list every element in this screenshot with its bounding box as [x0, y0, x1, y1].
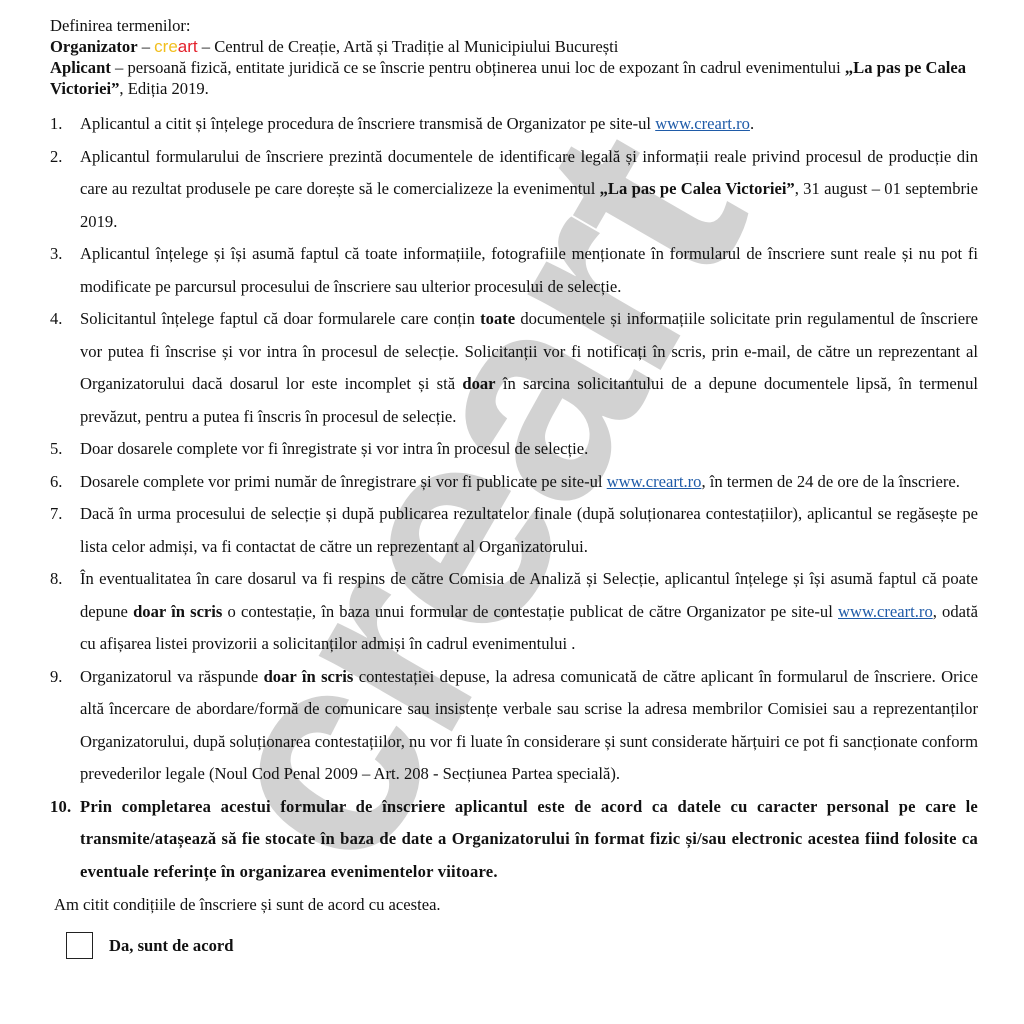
term-item: 6.Dosarele complete vor primi număr de î… — [50, 466, 978, 499]
term-item: 5.Doar dosarele complete vor fi înregist… — [50, 433, 978, 466]
term-text: , în termen de 24 de ore de la înscriere… — [701, 472, 959, 491]
term-item: 10.Prin completarea acestui formular de … — [50, 791, 978, 889]
term-text: Doar dosarele complete vor fi înregistra… — [80, 439, 588, 458]
term-item: 7.Dacă în urma procesului de selecție și… — [50, 498, 978, 563]
emphasis-text: doar în scris — [133, 602, 222, 621]
site-link[interactable]: www.creart.ro — [607, 472, 702, 491]
emphasis-text: doar în scris — [264, 667, 354, 686]
document-page: Definirea termenilor: Organizator – crea… — [50, 0, 978, 959]
agreement-statement: Am citit condițiile de înscriere și sunt… — [50, 890, 978, 920]
creart-logo-part-cre: cre — [154, 37, 178, 56]
term-text: . — [750, 114, 754, 133]
emphasis-text: „La pas pe Calea Victoriei” — [600, 179, 795, 198]
emphasis-text: doar — [462, 374, 495, 393]
agree-checkbox-label[interactable]: Da, sunt de acord — [109, 936, 233, 956]
definition-applicant: Aplicant – persoană fizică, entitate jur… — [50, 57, 978, 99]
emphasis-text: toate — [480, 309, 515, 328]
organizer-dash: – — [138, 37, 155, 56]
agree-checkbox[interactable] — [66, 932, 93, 959]
term-number: 10. — [50, 791, 71, 824]
organizer-description: – Centrul de Creație, Artă și Tradiție a… — [198, 37, 619, 56]
term-text: Organizatorul va răspunde — [80, 667, 264, 686]
term-text: Aplicantul a citit și înțelege procedura… — [80, 114, 655, 133]
term-text: Prin completarea acestui formular de îns… — [80, 797, 978, 881]
definitions-heading: Definirea termenilor: — [50, 15, 978, 36]
definition-organizer: Organizator – creart – Centrul de Creați… — [50, 36, 978, 57]
creart-logo-part-art: art — [178, 37, 198, 56]
term-number: 4. — [50, 303, 62, 336]
term-number: 1. — [50, 108, 62, 141]
site-link[interactable]: www.creart.ro — [655, 114, 750, 133]
term-item: 2.Aplicantul formularului de înscriere p… — [50, 141, 978, 239]
term-number: 6. — [50, 466, 62, 499]
applicant-edition: , Ediția 2019. — [119, 79, 208, 98]
term-number: 9. — [50, 661, 62, 694]
definitions-section: Definirea termenilor: Organizator – crea… — [50, 0, 978, 99]
term-number: 2. — [50, 141, 62, 174]
term-text: Dosarele complete vor primi număr de înr… — [80, 472, 607, 491]
applicant-description: – persoană fizică, entitate juridică ce … — [111, 58, 845, 77]
term-text: o contestație, în baza unui formular de … — [222, 602, 838, 621]
site-link[interactable]: www.creart.ro — [838, 602, 933, 621]
term-number: 8. — [50, 563, 62, 596]
term-number: 7. — [50, 498, 62, 531]
term-text: Dacă în urma procesului de selecție și d… — [80, 504, 978, 556]
applicant-term: Aplicant — [50, 58, 111, 77]
agreement-checkbox-row[interactable]: Da, sunt de acord — [50, 932, 978, 959]
term-number: 5. — [50, 433, 62, 466]
term-item: 1.Aplicantul a citit și înțelege procedu… — [50, 108, 978, 141]
term-item: 8.În eventualitatea în care dosarul va f… — [50, 563, 978, 661]
creart-logo: creart — [154, 37, 197, 56]
term-item: 3.Aplicantul înțelege și își asumă faptu… — [50, 238, 978, 303]
term-text: Aplicantul înțelege și își asumă faptul … — [80, 244, 978, 296]
term-item: 4.Solicitantul înțelege faptul că doar f… — [50, 303, 978, 433]
term-number: 3. — [50, 238, 62, 271]
term-item: 9.Organizatorul va răspunde doar în scri… — [50, 661, 978, 791]
terms-list: 1.Aplicantul a citit și înțelege procedu… — [50, 108, 978, 888]
term-text: Solicitantul înțelege faptul că doar for… — [80, 309, 480, 328]
organizer-term: Organizator — [50, 37, 138, 56]
